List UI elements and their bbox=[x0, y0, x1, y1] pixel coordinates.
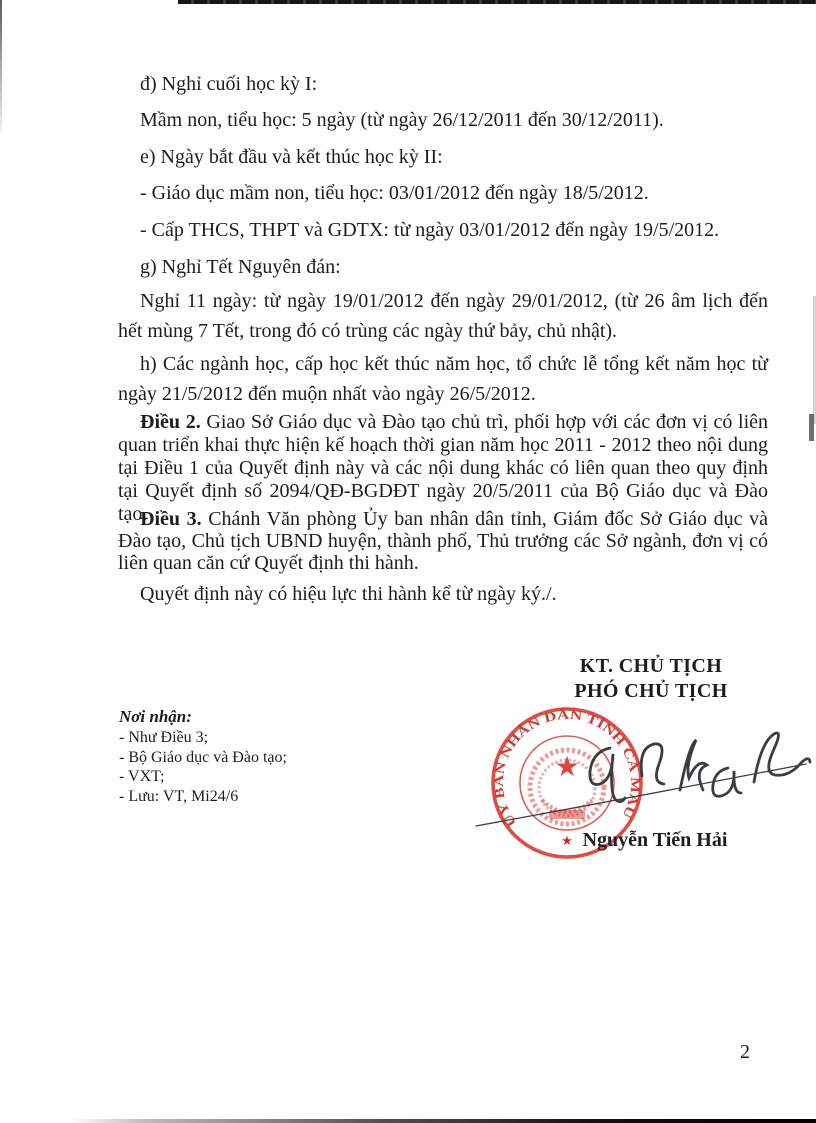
clause-g-heading: g) Nghỉ Tết Nguyên đán: bbox=[140, 253, 341, 281]
article-2-label: Điều 2. bbox=[140, 411, 201, 433]
article-3-paragraph: Điều 3. Chánh Văn phòng Ủy ban nhân dân … bbox=[118, 508, 768, 574]
signer-name: Nguyễn Tiến Hải bbox=[553, 829, 757, 852]
clause-g-body: Nghỉ 11 ngày: từ ngày 19/01/2012 đến ngà… bbox=[118, 286, 768, 346]
recipient-item-3: - VXT; bbox=[119, 767, 287, 787]
scan-artifact-right-mark bbox=[809, 414, 814, 441]
scan-artifact-bottom-edge bbox=[70, 1119, 816, 1123]
closing-sentence: Quyết định này có hiệu lực thi hành kể t… bbox=[140, 580, 557, 608]
recipients-heading: Nơi nhận: bbox=[119, 706, 287, 728]
recipient-item-2: - Bộ Giáo dục và Đào tạo; bbox=[119, 748, 287, 768]
signature-stroke-5 bbox=[754, 733, 810, 782]
clause-h-body: h) Các ngành học, cấp học kết thúc năm h… bbox=[118, 349, 768, 409]
recipient-item-1: - Như Điều 3; bbox=[119, 728, 287, 748]
clause-e-item-1: - Giáo dục mầm non, tiểu học: 03/01/2012… bbox=[140, 179, 649, 207]
signature-title-kt-chu-tich: KT. CHỦ TỊCH bbox=[535, 654, 767, 679]
article-3-text: Chánh Văn phòng Ủy ban nhân dân tỉnh, Gi… bbox=[118, 508, 768, 574]
clause-d-heading: đ) Nghỉ cuối học kỳ I: bbox=[140, 70, 317, 98]
page-number: 2 bbox=[740, 1041, 750, 1064]
recipient-item-4: - Lưu: VT, Mi24/6 bbox=[119, 787, 287, 807]
recipients-block: Nơi nhận: - Như Điều 3; - Bộ Giáo dục và… bbox=[119, 706, 287, 806]
signature-stroke-4 bbox=[713, 768, 741, 796]
signature-stroke-2 bbox=[641, 744, 664, 784]
clause-e-item-2: - Cấp THCS, THPT và GDTX: từ ngày 03/01/… bbox=[140, 216, 719, 244]
signature-stroke-1 bbox=[590, 748, 625, 802]
scanned-document-page: đ) Nghỉ cuối học kỳ I: Mầm non, tiểu học… bbox=[0, 0, 816, 1123]
scan-artifact-top-edge bbox=[178, 0, 816, 4]
scan-artifact-left-edge bbox=[0, 0, 2, 132]
handwritten-signature bbox=[470, 700, 815, 850]
clause-d-body: Mầm non, tiểu học: 5 ngày (từ ngày 26/12… bbox=[140, 106, 664, 134]
article-3-label: Điều 3. bbox=[140, 508, 202, 530]
signature-title-block: KT. CHỦ TỊCH PHÓ CHỦ TỊCH bbox=[535, 654, 767, 704]
signature-stroke-3 bbox=[680, 740, 707, 790]
clause-e-heading: e) Ngày bắt đầu và kết thúc học kỳ II: bbox=[140, 143, 443, 171]
